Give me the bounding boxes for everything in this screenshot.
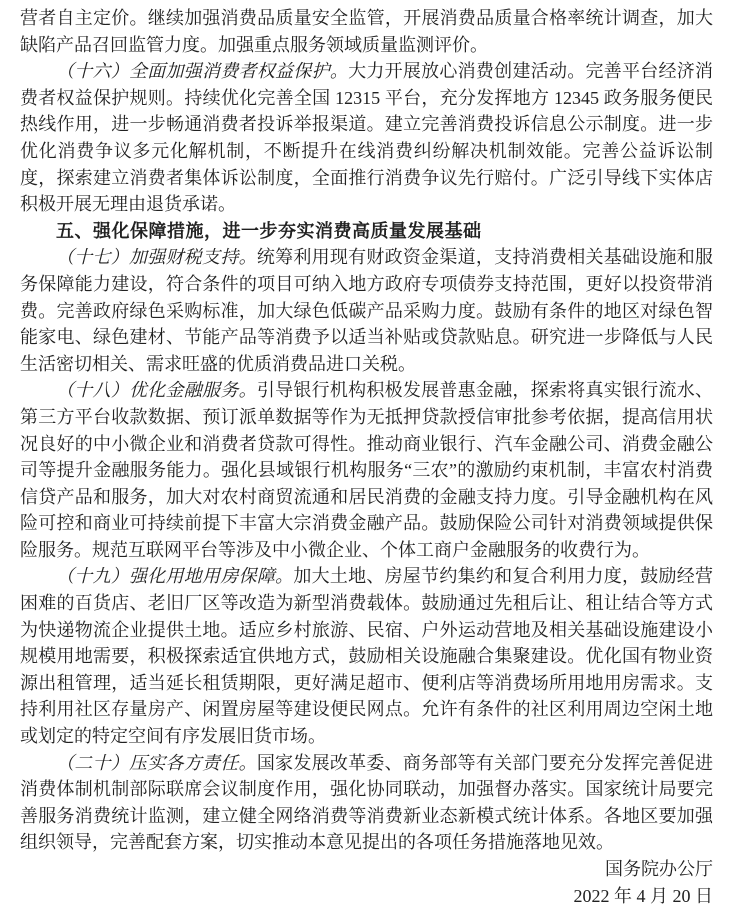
- item-paragraph-17: （十七）加强财税支持。统筹利用现有财政资金渠道，支持消费相关基础设施和服务保障能…: [20, 244, 713, 377]
- item-16-lead: （十六）全面加强消费者权益保护。: [56, 61, 348, 81]
- item-19-body: 加大土地、房屋节约集约和复合利用力度，鼓励经营困难的百货店、老旧厂区等改造为新型…: [20, 566, 713, 746]
- item-paragraph-19: （十九）强化用地用房保障。加大土地、房屋节约集约和复合利用力度，鼓励经营困难的百…: [20, 563, 713, 749]
- item-20-lead: （二十）压实各方责任。: [56, 753, 257, 773]
- signature-block: 国务院办公厅 2022 年 4 月 20 日: [20, 856, 713, 907]
- issue-date: 2022 年 4 月 20 日: [20, 883, 713, 907]
- item-19-lead: （十九）强化用地用房保障。: [56, 566, 293, 586]
- issuing-authority: 国务院办公厅: [20, 856, 713, 883]
- item-paragraph-18: （十八）优化金融服务。引导银行机构积极发展普惠金融，探索将真实银行流水、第三方平…: [20, 377, 713, 563]
- continuation-paragraph: 营者自主定价。继续加强消费品质量安全监管，开展消费品质量合格率统计调查，加大缺陷…: [20, 5, 713, 58]
- item-paragraph-16: （十六）全面加强消费者权益保护。大力开展放心消费创建活动。完善平台经济消费者权益…: [20, 58, 713, 218]
- item-paragraph-20: （二十）压实各方责任。国家发展改革委、商务部等有关部门要充分发挥完善促进消费体制…: [20, 750, 713, 856]
- item-18-body: 引导银行机构积极发展普惠金融，探索将真实银行流水、第三方平台收款数据、预订派单数…: [20, 380, 713, 560]
- section-heading-5: 五、强化保障措施，进一步夯实消费高质量发展基础: [20, 218, 713, 245]
- item-17-lead: （十七）加强财税支持。: [56, 247, 257, 267]
- item-18-lead: （十八）优化金融服务。: [56, 380, 257, 400]
- item-16-body: 大力开展放心消费创建活动。完善平台经济消费者权益保护规则。持续优化完善全国 12…: [20, 61, 713, 214]
- document-page: 营者自主定价。继续加强消费品质量安全监管，开展消费品质量合格率统计调查，加大缺陷…: [0, 0, 734, 907]
